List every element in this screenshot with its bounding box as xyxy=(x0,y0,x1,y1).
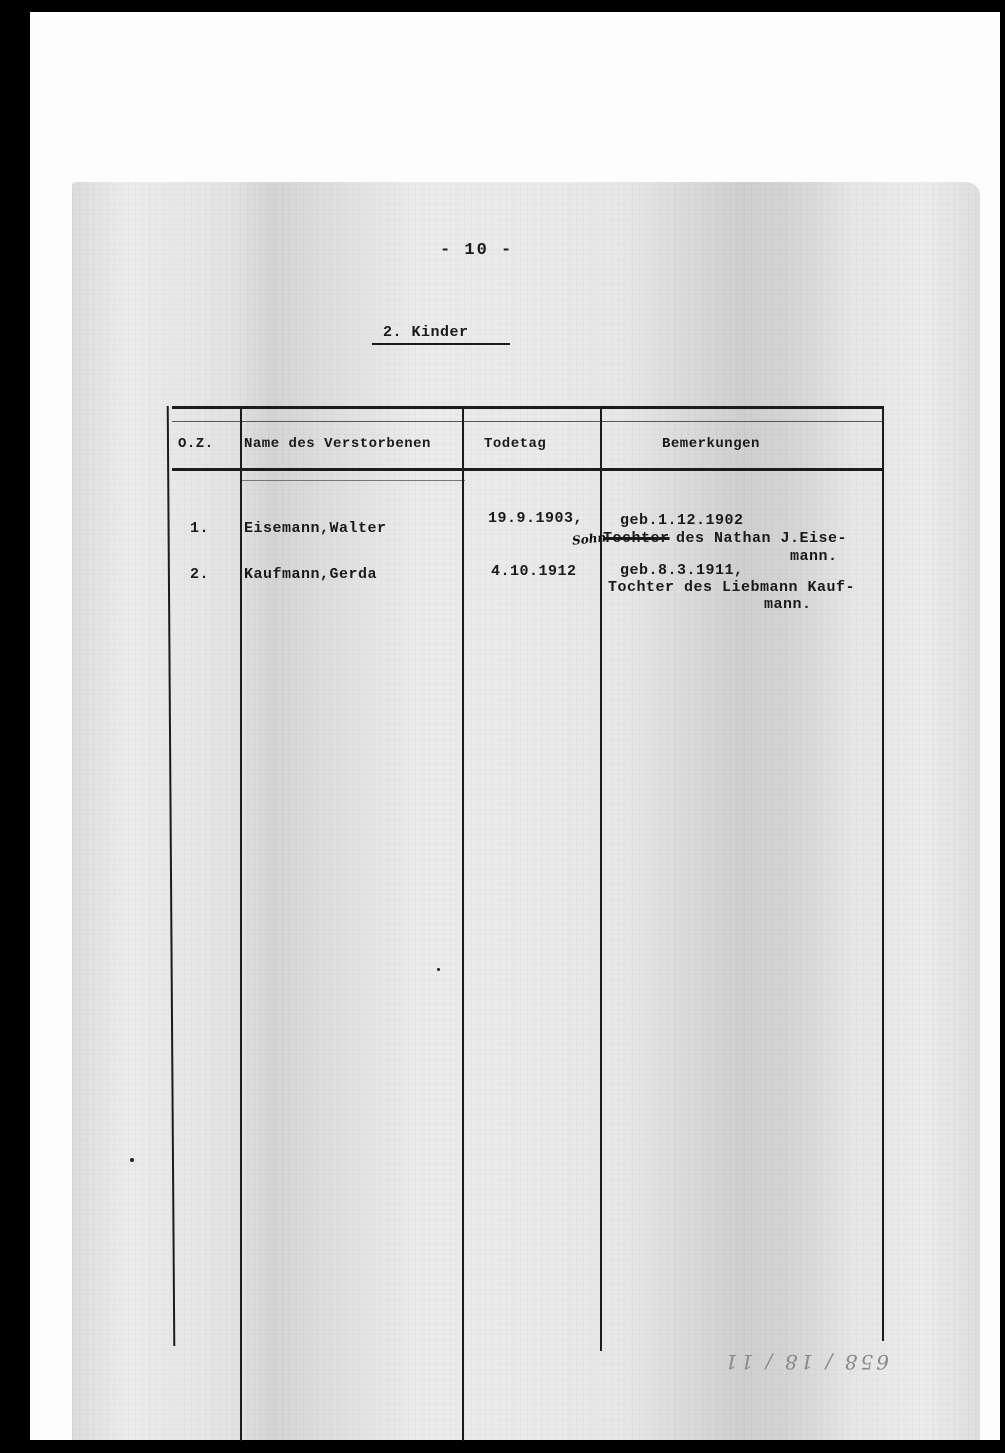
table-header-sub-line xyxy=(240,480,465,481)
row-2-remarks-continuation: mann. xyxy=(764,596,812,613)
row-1-remarks-parent: des Nathan J.Eise- xyxy=(676,530,847,547)
table-right-border xyxy=(882,406,884,1341)
column-divider-oz-name xyxy=(240,406,242,1441)
pencil-archive-annotation: 658 / 18 / 11 xyxy=(722,1350,889,1374)
header-date: Todetag xyxy=(484,436,546,452)
table-header-bottom-border xyxy=(172,468,883,471)
section-title-underline xyxy=(372,343,510,345)
row-1-remarks-birth: geb.1.12.1902 xyxy=(620,512,744,529)
row-2-name: Kaufmann,Gerda xyxy=(244,566,377,583)
row-2-date: 4.10.1912 xyxy=(491,563,577,580)
row-1-remarks-struck-word: Tochter xyxy=(603,530,670,547)
row-1-oz: 1. xyxy=(190,520,209,537)
section-title: 2. Kinder xyxy=(383,324,487,341)
row-1-date: 19.9.1903, xyxy=(488,510,583,527)
page-number: - 10 - xyxy=(440,241,513,260)
header-name: Name des Verstorbenen xyxy=(244,436,431,452)
header-remarks: Bemerkungen xyxy=(662,436,760,452)
ink-speck xyxy=(437,968,440,971)
column-divider-name-date xyxy=(462,406,464,1441)
row-2-oz: 2. xyxy=(190,566,209,583)
row-2-remarks-birth: geb.8.3.1911, xyxy=(620,562,744,579)
row-1-name: Eisemann,Walter xyxy=(244,520,387,537)
row-2-remarks-parent: Tochter des Liebmann Kauf- xyxy=(608,579,855,596)
row-1-remarks-continuation: mann. xyxy=(790,548,838,565)
ink-speck xyxy=(130,1158,134,1162)
column-divider-date-remarks xyxy=(600,406,602,1351)
document-page xyxy=(72,182,980,1440)
header-oz: O.Z. xyxy=(178,436,214,452)
table-top-inner-line xyxy=(172,421,883,422)
table-top-border xyxy=(172,406,883,409)
